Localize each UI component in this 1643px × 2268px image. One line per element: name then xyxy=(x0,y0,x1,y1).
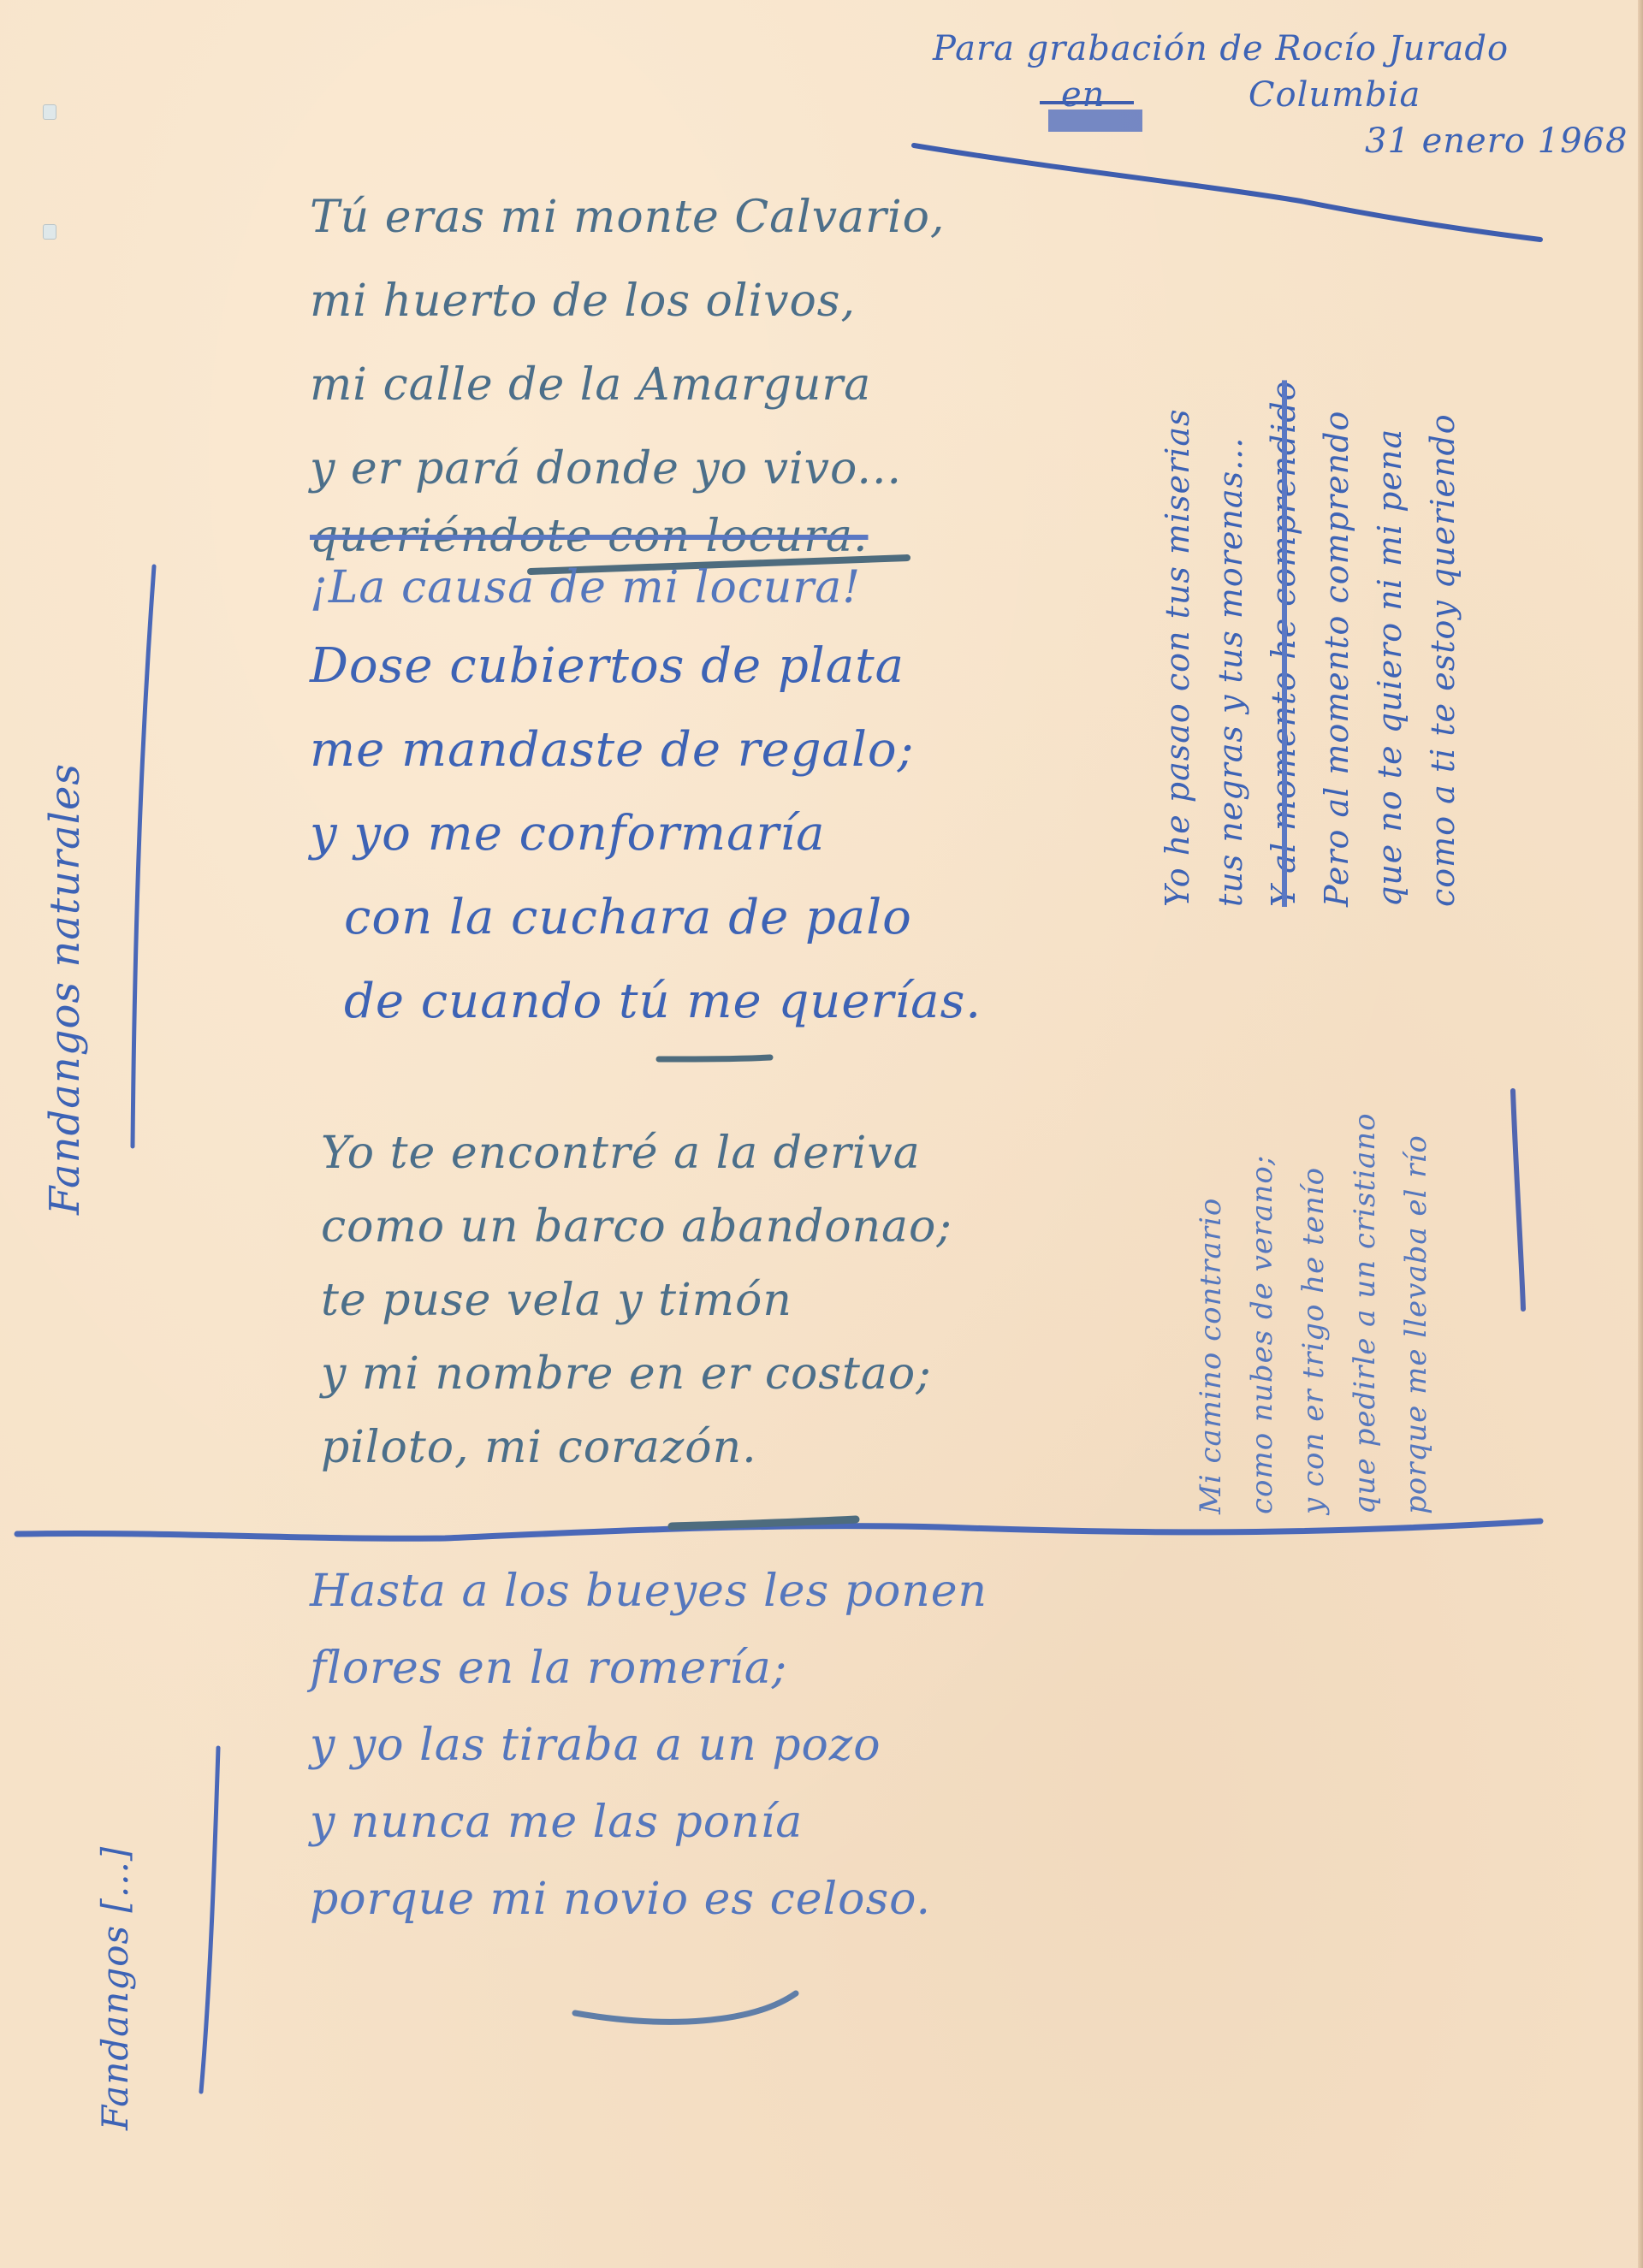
stanza-4-line-2: flores en la romería; xyxy=(310,1630,988,1707)
stanza-4-underline xyxy=(575,1993,796,2022)
side-stanza-2-line-1: Mi camino contrario xyxy=(1185,1112,1237,1514)
margin-label-fandangos-naturales: Fandangos naturales xyxy=(41,763,89,1215)
side-stanza-2: Mi camino contrario como nubes de verano… xyxy=(1185,1112,1442,1514)
stanza-3-line-3: te puse vela y timón xyxy=(321,1264,952,1337)
stanza-1-line-2: mi huerto de los olivos, xyxy=(310,259,945,343)
side-stanza-2-line-2: como nubes de verano; xyxy=(1237,1112,1288,1514)
stanza-3-line-5: piloto, mi corazón. xyxy=(321,1411,952,1484)
side-stanza-2-line-5: porque me llevaba el río xyxy=(1391,1112,1442,1514)
dedication-date: 31 enero 1968 xyxy=(933,118,1628,164)
dedication-line-2: en Columbia xyxy=(933,72,1628,118)
side-stanza-2-line-3: y con er trigo he tenío xyxy=(1288,1112,1339,1514)
stanza-3: Yo te encontré a la deriva como un barco… xyxy=(321,1116,952,1484)
stanza-1-line-1: Tú eras mi monte Calvario, xyxy=(310,175,945,259)
section-divider xyxy=(17,1521,1540,1538)
stanza-2-underline xyxy=(659,1057,770,1059)
side-stanza-2-line-4: que pedirle a un cristiano xyxy=(1339,1112,1391,1514)
side-stanza-1-line-6: como a ti te estoy queriendo xyxy=(1416,380,1469,907)
margin-rule-top xyxy=(133,566,154,1146)
stanza-3-line-4: y mi nombre en er costao; xyxy=(321,1337,952,1411)
stanza-1-line-3: mi calle de la Amargura xyxy=(310,343,945,427)
side-stanza-1-line-2: tus negras y tus morenas... xyxy=(1204,380,1257,907)
dedication-prefix: en xyxy=(1061,75,1105,115)
stanza-3-line-2: como un barco abandonao; xyxy=(321,1190,952,1264)
stanza-1-struck-line: queriéndote con locura. xyxy=(310,511,945,562)
dedication-line-1: Para grabación de Rocío Jurado xyxy=(933,26,1628,72)
side-stanza-1-line-4: Pero al momento comprendo xyxy=(1310,380,1363,907)
stanza-2-line-1: Dose cubiertos de plata xyxy=(310,625,982,708)
stanza-4-line-1: Hasta a los bueyes les ponen xyxy=(310,1553,988,1630)
stanza-1-final-line: ¡La causa de mi locura! xyxy=(310,562,945,613)
stanza-2-line-5: de cuando tú me querías. xyxy=(310,960,982,1044)
dedication-note: Para grabación de Rocío Jurado en Columb… xyxy=(933,26,1628,164)
stanza-4-line-5: porque mi novio es celoso. xyxy=(310,1861,988,1938)
binder-hole-top xyxy=(43,104,56,120)
side-stanza-1-line-1: Yo he pasao con tus miserias xyxy=(1151,380,1204,907)
side-stanza-1-line-5: que no te quiero ni mi pena xyxy=(1363,380,1416,907)
stanza-1: Tú eras mi monte Calvario, mi huerto de … xyxy=(310,175,945,613)
binder-hole-bottom xyxy=(43,224,56,240)
stanza-2-line-3: y yo me conformaría xyxy=(310,792,982,876)
page-edge xyxy=(1638,0,1643,2268)
stanza-2-line-2: me mandaste de regalo; xyxy=(310,708,982,792)
stanza-3-line-1: Yo te encontré a la deriva xyxy=(321,1116,952,1190)
stanza-4-line-4: y nunca me las ponía xyxy=(310,1784,988,1861)
stanza-2: Dose cubiertos de plata me mandaste de r… xyxy=(310,625,982,1044)
stanza-2-line-4: con la cuchara de palo xyxy=(310,876,982,960)
side-stanza-1: Yo he pasao con tus miserias tus negras … xyxy=(1151,380,1469,907)
section-divider-accent xyxy=(672,1519,856,1526)
margin-rule-right xyxy=(1513,1091,1523,1309)
dedication-place: Columbia xyxy=(1249,75,1421,115)
stanza-4: Hasta a los bueyes les ponen flores en l… xyxy=(310,1553,988,1938)
margin-label-fandangos-bottom: Fandangos [...] xyxy=(94,1846,136,2130)
stanza-1-line-4: y er pará donde yo vivo... xyxy=(310,427,945,511)
side-stanza-1-line-3: Y al momento he comprendido xyxy=(1257,380,1310,907)
margin-rule-bottom xyxy=(201,1748,218,2092)
stanza-4-line-3: y yo las tiraba a un pozo xyxy=(310,1707,988,1784)
